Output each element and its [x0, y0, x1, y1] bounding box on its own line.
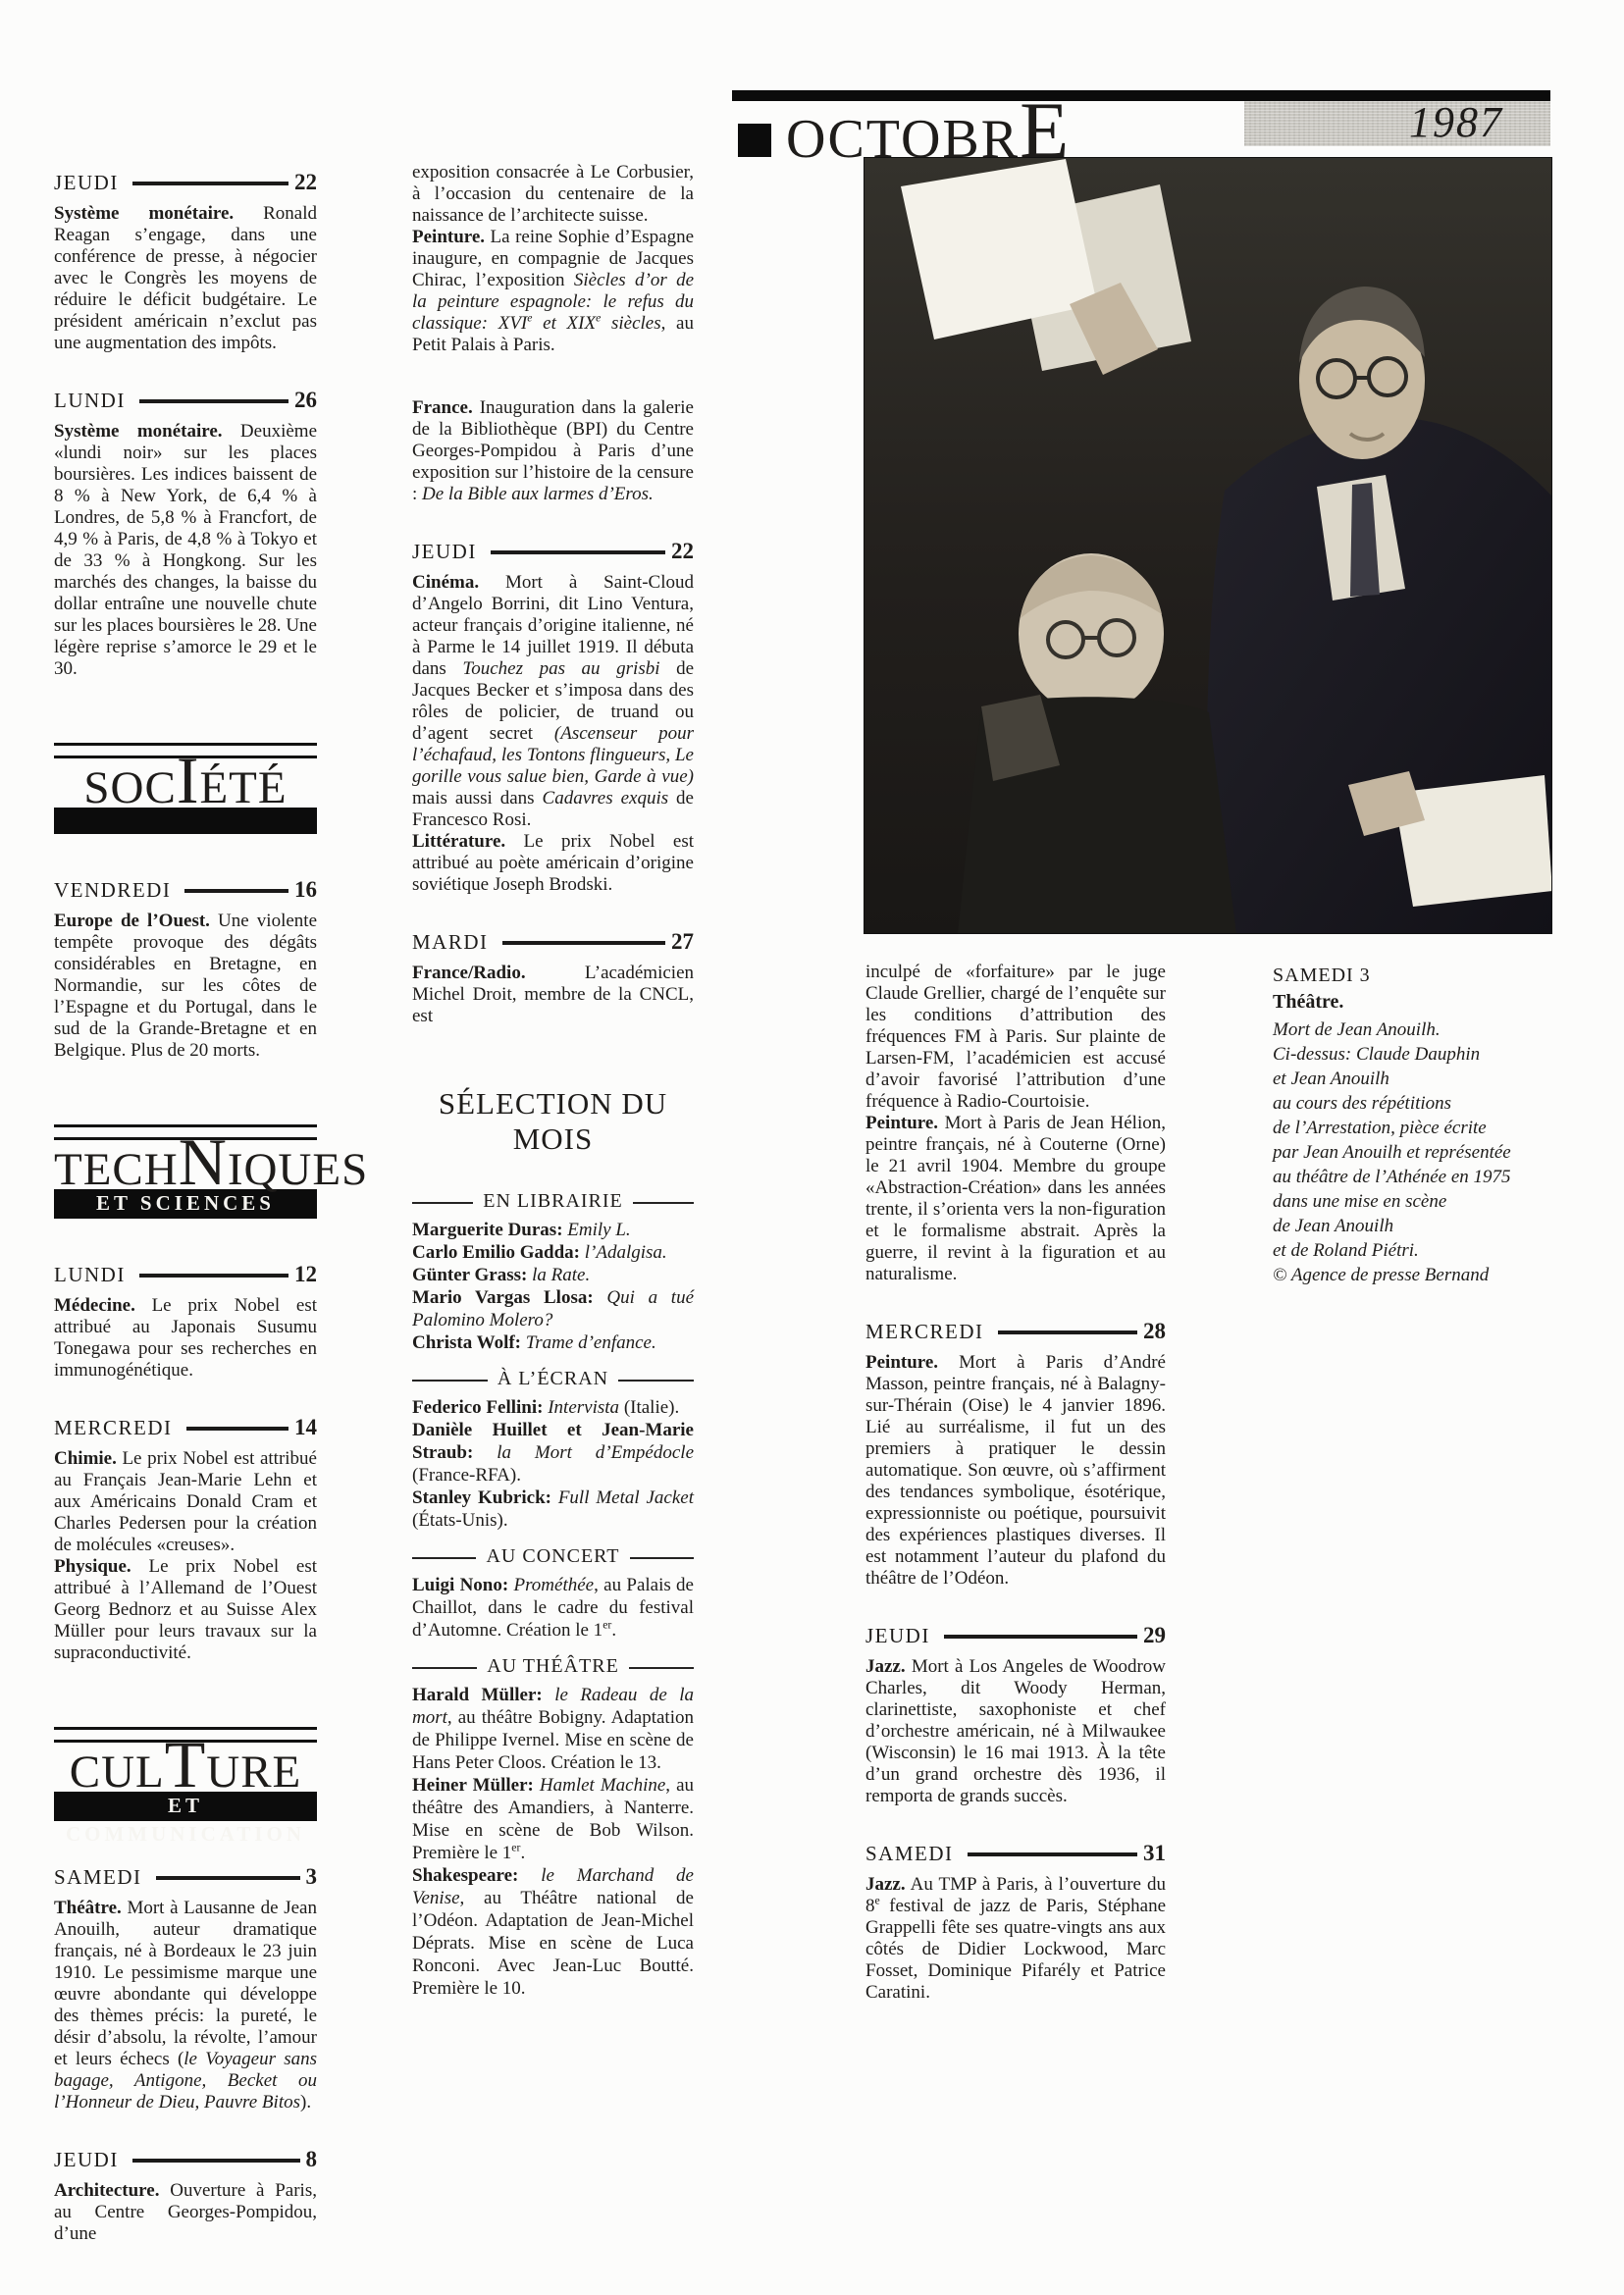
photo-caption: SAMEDI 3Théâtre.Mort de Jean Anouilh.Ci-…	[1273, 965, 1550, 1287]
text-segment: France/Radio.	[412, 963, 526, 983]
text-segment: (Italie).	[619, 1397, 679, 1418]
text-segment: de Jean Anouilh	[1273, 1216, 1393, 1236]
text-segment: Une violente tempête provoque des dégâts…	[54, 911, 317, 1061]
subhead-label: À L’ÉCRAN	[488, 1368, 618, 1390]
text-segment: inculpé de «forfaiture» par le juge Clau…	[865, 962, 1166, 1112]
text-segment: Ronald Reagan s’engage, dans une confére…	[54, 203, 317, 353]
day-header: JEUDI22	[54, 170, 317, 195]
text-segment: Chimie.	[54, 1448, 117, 1469]
day-number: 27	[671, 929, 694, 955]
year-text: 1987	[1409, 97, 1503, 147]
subhead-label: AU CONCERT	[476, 1545, 629, 1568]
text-segment: Heiner Müller:	[412, 1775, 534, 1796]
subhead-label: EN LIBRAIRIE	[473, 1190, 633, 1213]
text-segment: De la Bible aux larmes d’Eros.	[422, 484, 654, 504]
day-rule	[132, 182, 288, 185]
text-segment: Mort à Paris d’André Masson, peintre fra…	[865, 1352, 1166, 1589]
caption-line: © Agence de presse Bernand	[1273, 1263, 1550, 1287]
paragraph: inculpé de «forfaiture» par le juge Clau…	[865, 962, 1166, 1113]
caption-line: et Jean Anouilh	[1273, 1067, 1550, 1091]
day-number: 29	[1143, 1623, 1166, 1648]
day-name: JEUDI	[54, 2148, 119, 2172]
paragraph: Physique. Le prix Nobel est attribué à l…	[54, 1556, 317, 1664]
day-number: 22	[294, 170, 317, 195]
day-rule	[968, 1852, 1137, 1856]
text-segment: Mort de Jean Anouilh.	[1273, 1019, 1441, 1040]
text-segment: festival de jazz de Paris, Stéphane Grap…	[865, 1896, 1166, 2003]
text-segment: Système monétaire.	[54, 203, 234, 224]
day-name: JEUDI	[412, 540, 477, 564]
paragraph: Jazz. Au TMP à Paris, à l’ouverture du 8…	[865, 1874, 1166, 2004]
day-header: SAMEDI3	[54, 1864, 317, 1890]
text-segment: .	[611, 1620, 616, 1641]
text-segment: Marguerite Duras:	[412, 1220, 563, 1240]
selection-subhead: AU THÉÂTRE	[412, 1655, 694, 1678]
paragraph: Chimie. Le prix Nobel est attribué au Fr…	[54, 1448, 317, 1556]
day-header: MERCREDI14	[54, 1415, 317, 1440]
day-name: SAMEDI	[54, 1865, 142, 1890]
text-segment: SAMEDI 3	[1273, 965, 1371, 986]
text-segment: Mort à Los Angeles de Woodrow Charles, d…	[865, 1656, 1166, 1806]
section-title: TECHNIQUES	[54, 1136, 317, 1195]
caption-line: par Jean Anouilh et représentée	[1273, 1140, 1550, 1165]
column-left: JEUDI22Système monétaire. Ronald Reagan …	[54, 162, 317, 2245]
day-rule	[139, 399, 288, 403]
caption-line: de Jean Anouilh	[1273, 1214, 1550, 1238]
text-segment: Carlo Emilio Gadda:	[412, 1242, 580, 1263]
day-header: MARDI27	[412, 929, 694, 955]
text-segment: © Agence de presse Bernand	[1273, 1265, 1489, 1285]
day-name: MERCREDI	[865, 1320, 984, 1344]
paragraph: France/Radio. L’académicien Michel Droit…	[412, 963, 694, 1027]
text-segment: Shakespeare:	[412, 1865, 518, 1886]
paragraph: Système monétaire. Deuxième «lundi noir»…	[54, 421, 317, 680]
section-title: SOCIÉTÉ	[54, 755, 317, 813]
caption-line: et de Roland Piétri.	[1273, 1238, 1550, 1263]
text-segment: Médecine.	[54, 1295, 135, 1316]
day-number: 31	[1143, 1841, 1166, 1866]
paragraph: Architecture. Ouverture à Paris, au Cent…	[54, 2180, 317, 2245]
day-header: JEUDI29	[865, 1623, 1166, 1648]
text-segment: siècles	[601, 313, 660, 334]
caption-line: au théâtre de l’Athénée en 1975	[1273, 1165, 1550, 1189]
text-segment: .	[520, 1843, 525, 1863]
caption-line: Ci-dessus: Claude Dauphin	[1273, 1042, 1550, 1067]
text-segment: Jazz.	[865, 1656, 906, 1677]
selection-title: SÉLECTION DU MOIS	[412, 1086, 694, 1157]
paragraph: Jazz. Mort à Los Angeles de Woodrow Char…	[865, 1656, 1166, 1807]
text-segment: Luigi Nono:	[412, 1575, 508, 1595]
day-number: 26	[294, 388, 317, 413]
text-segment: Federico Fellini:	[412, 1397, 543, 1418]
text-segment: Peinture.	[865, 1352, 938, 1373]
section-banner-techniques: TECHNIQUESET SCIENCES	[54, 1124, 317, 1219]
selection-item: Carlo Emilio Gadda: l’Adalgisa.	[412, 1241, 694, 1264]
text-segment: Harald Müller:	[412, 1685, 543, 1705]
caption-line: dans une mise en scène	[1273, 1189, 1550, 1214]
caption-line: de l’Arrestation, pièce écrite	[1273, 1116, 1550, 1140]
text-segment: et Jean Anouilh	[1273, 1069, 1389, 1089]
text-segment: Littérature.	[412, 831, 505, 852]
day-number: 28	[1143, 1319, 1166, 1344]
selection-subhead: AU CONCERT	[412, 1545, 694, 1568]
paragraph: Cinéma. Mort à Saint-Cloud d’Angelo Borr…	[412, 572, 694, 831]
text-segment: Günter Grass:	[412, 1265, 527, 1285]
text-segment: Mort à Paris de Jean Hélion, peintre fra…	[865, 1113, 1166, 1284]
paragraph: Médecine. Le prix Nobel est attribué au …	[54, 1295, 317, 1382]
paragraph: Théâtre. Mort à Lausanne de Jean Anouilh…	[54, 1898, 317, 2113]
text-segment: France.	[412, 397, 473, 418]
day-rule	[502, 941, 665, 945]
text-segment: Cinéma.	[412, 572, 479, 593]
text-segment: Système monétaire.	[54, 421, 223, 442]
day-number: 14	[294, 1415, 317, 1440]
text-segment: Touchez pas au grisbi	[462, 658, 659, 679]
day-name: MARDI	[412, 930, 489, 955]
text-segment: mais aussi dans	[412, 788, 543, 808]
section-title: CULTURE	[54, 1739, 317, 1798]
text-segment: Deuxième «lundi noir» sur les places bou…	[54, 421, 317, 679]
day-number: 16	[294, 877, 317, 903]
text-segment: au théâtre de l’Athénée en 1975	[1273, 1167, 1511, 1187]
day-name: VENDREDI	[54, 878, 171, 903]
text-segment: Architecture.	[54, 2180, 159, 2201]
selection-item: Günter Grass: la Rate.	[412, 1264, 694, 1286]
day-header: LUNDI26	[54, 388, 317, 413]
text-segment: Hamlet Machine	[534, 1775, 665, 1796]
selection-item: Danièle Huillet et Jean-Marie Straub: la…	[412, 1419, 694, 1487]
day-number: 3	[306, 1864, 318, 1890]
text-segment: Christa Wolf:	[412, 1332, 521, 1353]
text-segment: la Mort d’Empédocle	[473, 1442, 694, 1463]
selection-item: Stanley Kubrick: Full Metal Jacket (État…	[412, 1487, 694, 1532]
paragraph: Peinture. Mort à Paris de Jean Hélion, p…	[865, 1113, 1166, 1285]
text-segment: (France-RFA).	[412, 1465, 521, 1486]
selection-item: Mario Vargas Llosa: Qui a tué Palomino M…	[412, 1286, 694, 1331]
selection-item: Harald Müller: le Radeau de la mort, au …	[412, 1684, 694, 1774]
day-rule	[184, 889, 288, 893]
photo-two-men-rehearsal	[864, 157, 1552, 934]
caption-line: Mort de Jean Anouilh.	[1273, 1017, 1550, 1042]
day-name: LUNDI	[54, 1263, 126, 1287]
selection-item: Shakespeare: le Marchand de Venise, au T…	[412, 1864, 694, 2000]
day-name: JEUDI	[54, 171, 119, 195]
day-header: LUNDI12	[54, 1262, 317, 1287]
text-segment: Peinture.	[412, 227, 485, 247]
text-segment: Trame d’enfance.	[521, 1332, 656, 1353]
magazine-page: OCTOBRE 1987	[0, 0, 1624, 2295]
text-segment: au cours des répétitions	[1273, 1093, 1451, 1114]
paragraph: Littérature. Le prix Nobel est attribué …	[412, 831, 694, 896]
day-rule	[186, 1427, 288, 1431]
text-segment: Emily L.	[563, 1220, 631, 1240]
selection-item: Heiner Müller: Hamlet Machine, au théâtr…	[412, 1774, 694, 1864]
text-segment: Mario Vargas Llosa:	[412, 1287, 594, 1308]
text-segment: er	[602, 1619, 611, 1632]
text-segment: Jazz.	[865, 1874, 906, 1895]
black-square-icon	[738, 124, 771, 157]
text-segment: , au théâtre Bobigny. Adaptation de Phil…	[412, 1707, 694, 1773]
day-name: MERCREDI	[54, 1416, 173, 1440]
text-segment: Stanley Kubrick:	[412, 1487, 551, 1508]
text-segment: Ci-dessus: Claude Dauphin	[1273, 1044, 1480, 1065]
text-segment: Théâtre.	[1273, 991, 1343, 1013]
text-segment: Théâtre.	[54, 1898, 122, 1918]
paragraph: Système monétaire. Ronald Reagan s’engag…	[54, 203, 317, 354]
text-segment: Peinture.	[865, 1113, 938, 1133]
column-right: inculpé de «forfaiture» par le juge Clau…	[865, 962, 1166, 2004]
text-segment: Full Metal Jacket	[551, 1487, 694, 1508]
paragraph: France. Inauguration dans la galerie de …	[412, 397, 694, 505]
day-name: JEUDI	[865, 1624, 930, 1648]
text-segment: ).	[300, 2092, 311, 2112]
text-segment: Cadavres exquis	[543, 788, 669, 808]
paragraph: Peinture. Mort à Paris d’André Masson, p…	[865, 1352, 1166, 1590]
day-header: SAMEDI31	[865, 1841, 1166, 1866]
spacer	[412, 356, 694, 397]
paragraph: Peinture. La reine Sophie d’Espagne inau…	[412, 227, 694, 356]
caption-line: au cours des répétitions	[1273, 1091, 1550, 1116]
text-segment: Europe de l’Ouest.	[54, 911, 210, 931]
day-name: LUNDI	[54, 389, 126, 413]
subhead-label: AU THÉÂTRE	[477, 1655, 629, 1678]
paragraph: exposition consacrée à Le Corbusier, à l…	[412, 162, 694, 227]
selection-subhead: EN LIBRAIRIE	[412, 1190, 694, 1213]
year-badge: 1987	[1244, 101, 1550, 146]
day-number: 12	[294, 1262, 317, 1287]
day-number: 8	[306, 2147, 318, 2172]
paper-bottom	[1393, 775, 1552, 907]
text-segment: Mort à Lausanne de Jean Anouilh, auteur …	[54, 1898, 317, 2069]
day-rule	[998, 1330, 1137, 1334]
day-rule	[944, 1635, 1137, 1639]
selection-item: Luigi Nono: Prométhée, au Palais de Chai…	[412, 1574, 694, 1642]
text-segment: dans une mise en scène	[1273, 1191, 1446, 1212]
column-middle: exposition consacrée à Le Corbusier, à l…	[412, 162, 694, 2000]
day-rule	[156, 1876, 300, 1880]
text-segment: et XIX	[532, 313, 596, 334]
day-header: JEUDI22	[412, 539, 694, 564]
day-rule	[139, 1274, 288, 1278]
day-name: SAMEDI	[865, 1842, 954, 1866]
day-number: 22	[671, 539, 694, 564]
text-segment: Physique.	[54, 1556, 131, 1577]
text-segment: Prométhée	[508, 1575, 594, 1595]
text-segment: et de Roland Piétri.	[1273, 1240, 1419, 1261]
day-rule	[132, 2159, 300, 2163]
paragraph: Europe de l’Ouest. Une violente tempête …	[54, 911, 317, 1062]
day-header: JEUDI8	[54, 2147, 317, 2172]
selection-item: Christa Wolf: Trame d’enfance.	[412, 1331, 694, 1354]
day-header: VENDREDI16	[54, 877, 317, 903]
text-segment: la Rate.	[527, 1265, 590, 1285]
text-segment: par Jean Anouilh et représentée	[1273, 1142, 1511, 1163]
caption-line: Théâtre.	[1273, 991, 1550, 1014]
section-banner-culture: CULTUREET COMMUNICATION	[54, 1727, 317, 1821]
selection-item: Marguerite Duras: Emily L.	[412, 1219, 694, 1241]
text-segment: (États-Unis).	[412, 1510, 508, 1531]
selection-item: Federico Fellini: Intervista (Italie).	[412, 1396, 694, 1419]
text-segment: exposition consacrée à Le Corbusier, à l…	[412, 162, 694, 226]
text-segment: de l’Arrestation, pièce écrite	[1273, 1118, 1487, 1138]
text-segment: l’Adalgisa.	[580, 1242, 667, 1263]
caption-line: SAMEDI 3	[1273, 965, 1550, 987]
text-segment: Intervista	[543, 1397, 619, 1418]
day-rule	[491, 550, 665, 554]
day-header: MERCREDI28	[865, 1319, 1166, 1344]
selection-subhead: À L’ÉCRAN	[412, 1368, 694, 1390]
section-banner-societe: SOCIÉTÉ	[54, 743, 317, 834]
